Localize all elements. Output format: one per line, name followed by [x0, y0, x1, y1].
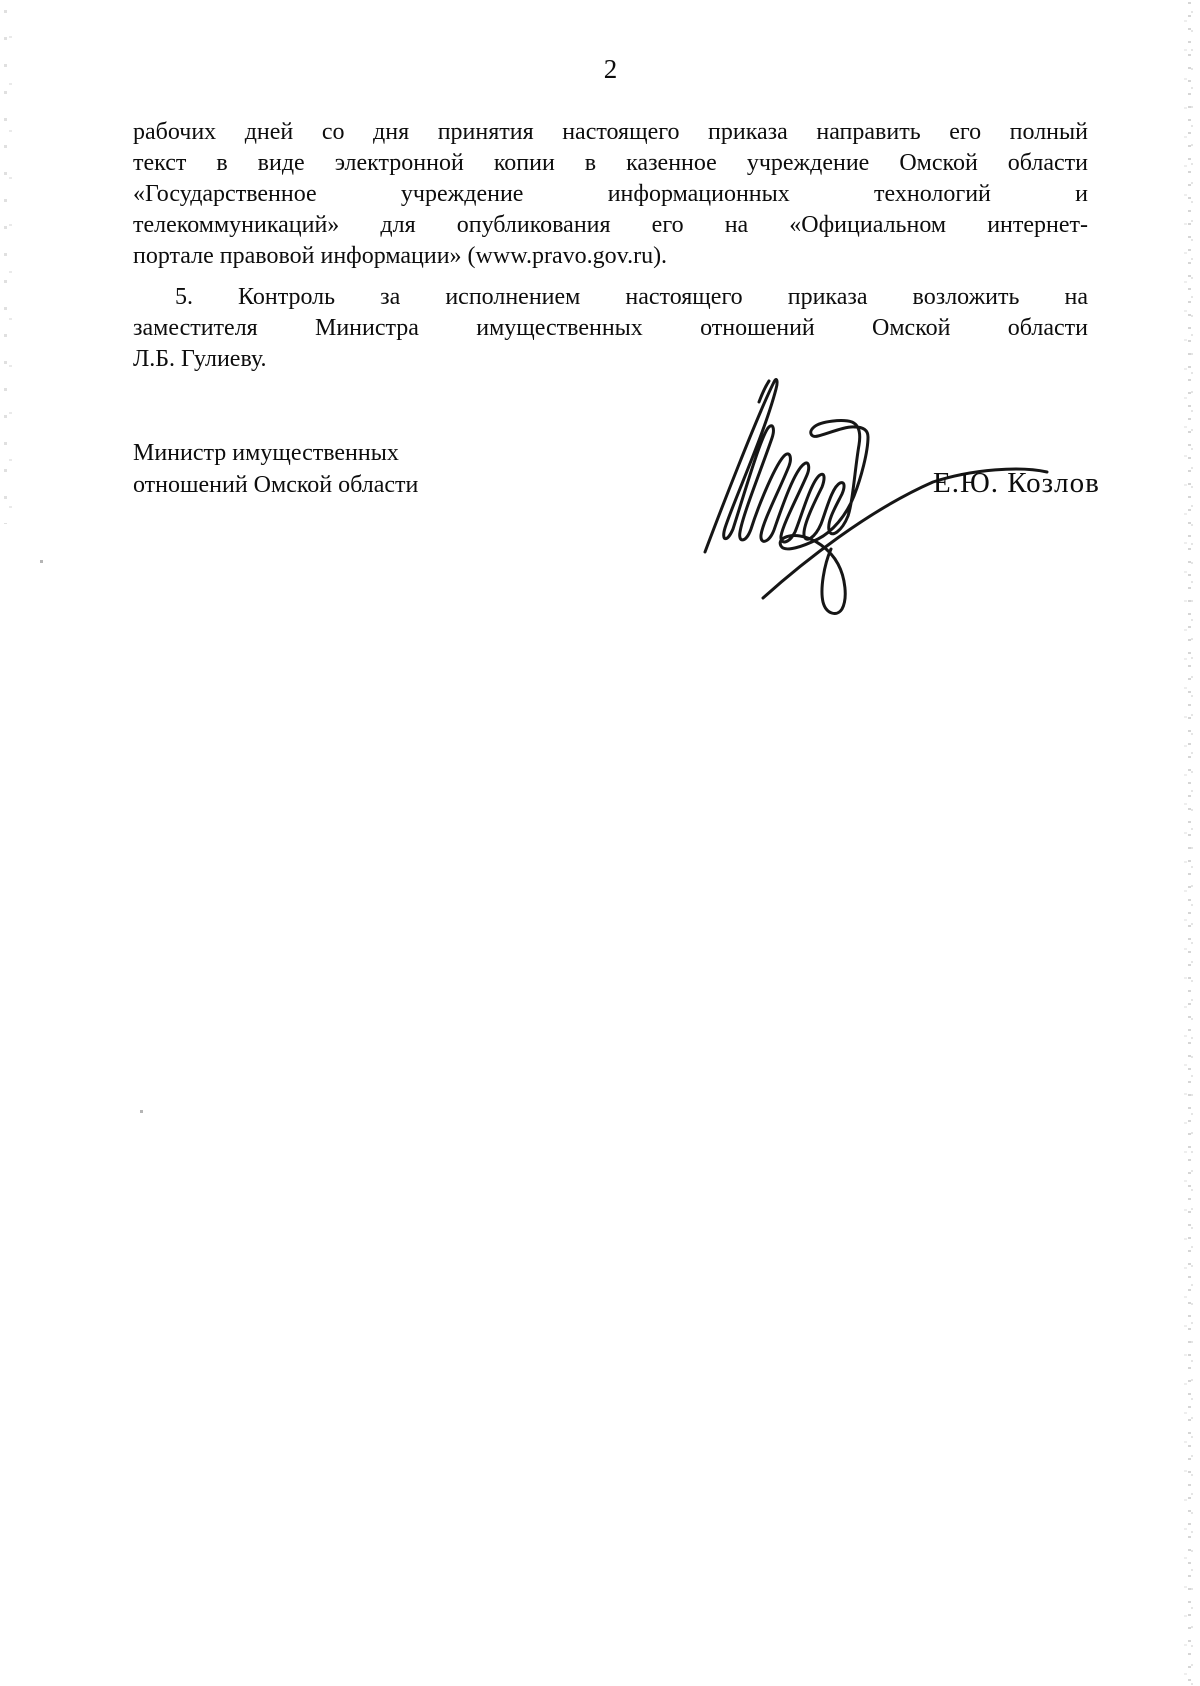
- text-line: текст в виде электронной копии в казенно…: [133, 148, 1088, 179]
- text-line: «Государственное учреждение информационн…: [133, 179, 1088, 210]
- signer-title: Министр имущественныхотношений Омской об…: [133, 438, 418, 501]
- signer-name: Е.Ю. Козлов: [933, 467, 1100, 500]
- text-line: Л.Б. Гулиеву.: [133, 344, 1088, 375]
- document-page: 2 рабочих дней со дня принятия настоящег…: [0, 0, 1200, 1686]
- text-line: телекоммуникаций» для опубликования его …: [133, 210, 1088, 241]
- paragraph-1: рабочих дней со дня принятия настоящего …: [133, 117, 1088, 272]
- text-line: Министр имущественных: [133, 438, 418, 470]
- scan-noise-right-edge: [1181, 0, 1195, 1686]
- text-line: отношений Омской области: [133, 470, 418, 502]
- text-line: 5. Контроль за исполнением настоящего пр…: [133, 282, 1088, 313]
- paragraph-2: 5. Контроль за исполнением настоящего пр…: [133, 282, 1088, 375]
- scan-noise-left-edge: [2, 4, 14, 524]
- scan-speck: [140, 1110, 143, 1113]
- text-line: рабочих дней со дня принятия настоящего …: [133, 117, 1088, 148]
- text-line: заместителя Министра имущественных отнош…: [133, 313, 1088, 344]
- scan-speck: [40, 560, 43, 563]
- text-line: портале правовой информации» (www.pravo.…: [133, 241, 1088, 272]
- page-number: 2: [133, 53, 1088, 85]
